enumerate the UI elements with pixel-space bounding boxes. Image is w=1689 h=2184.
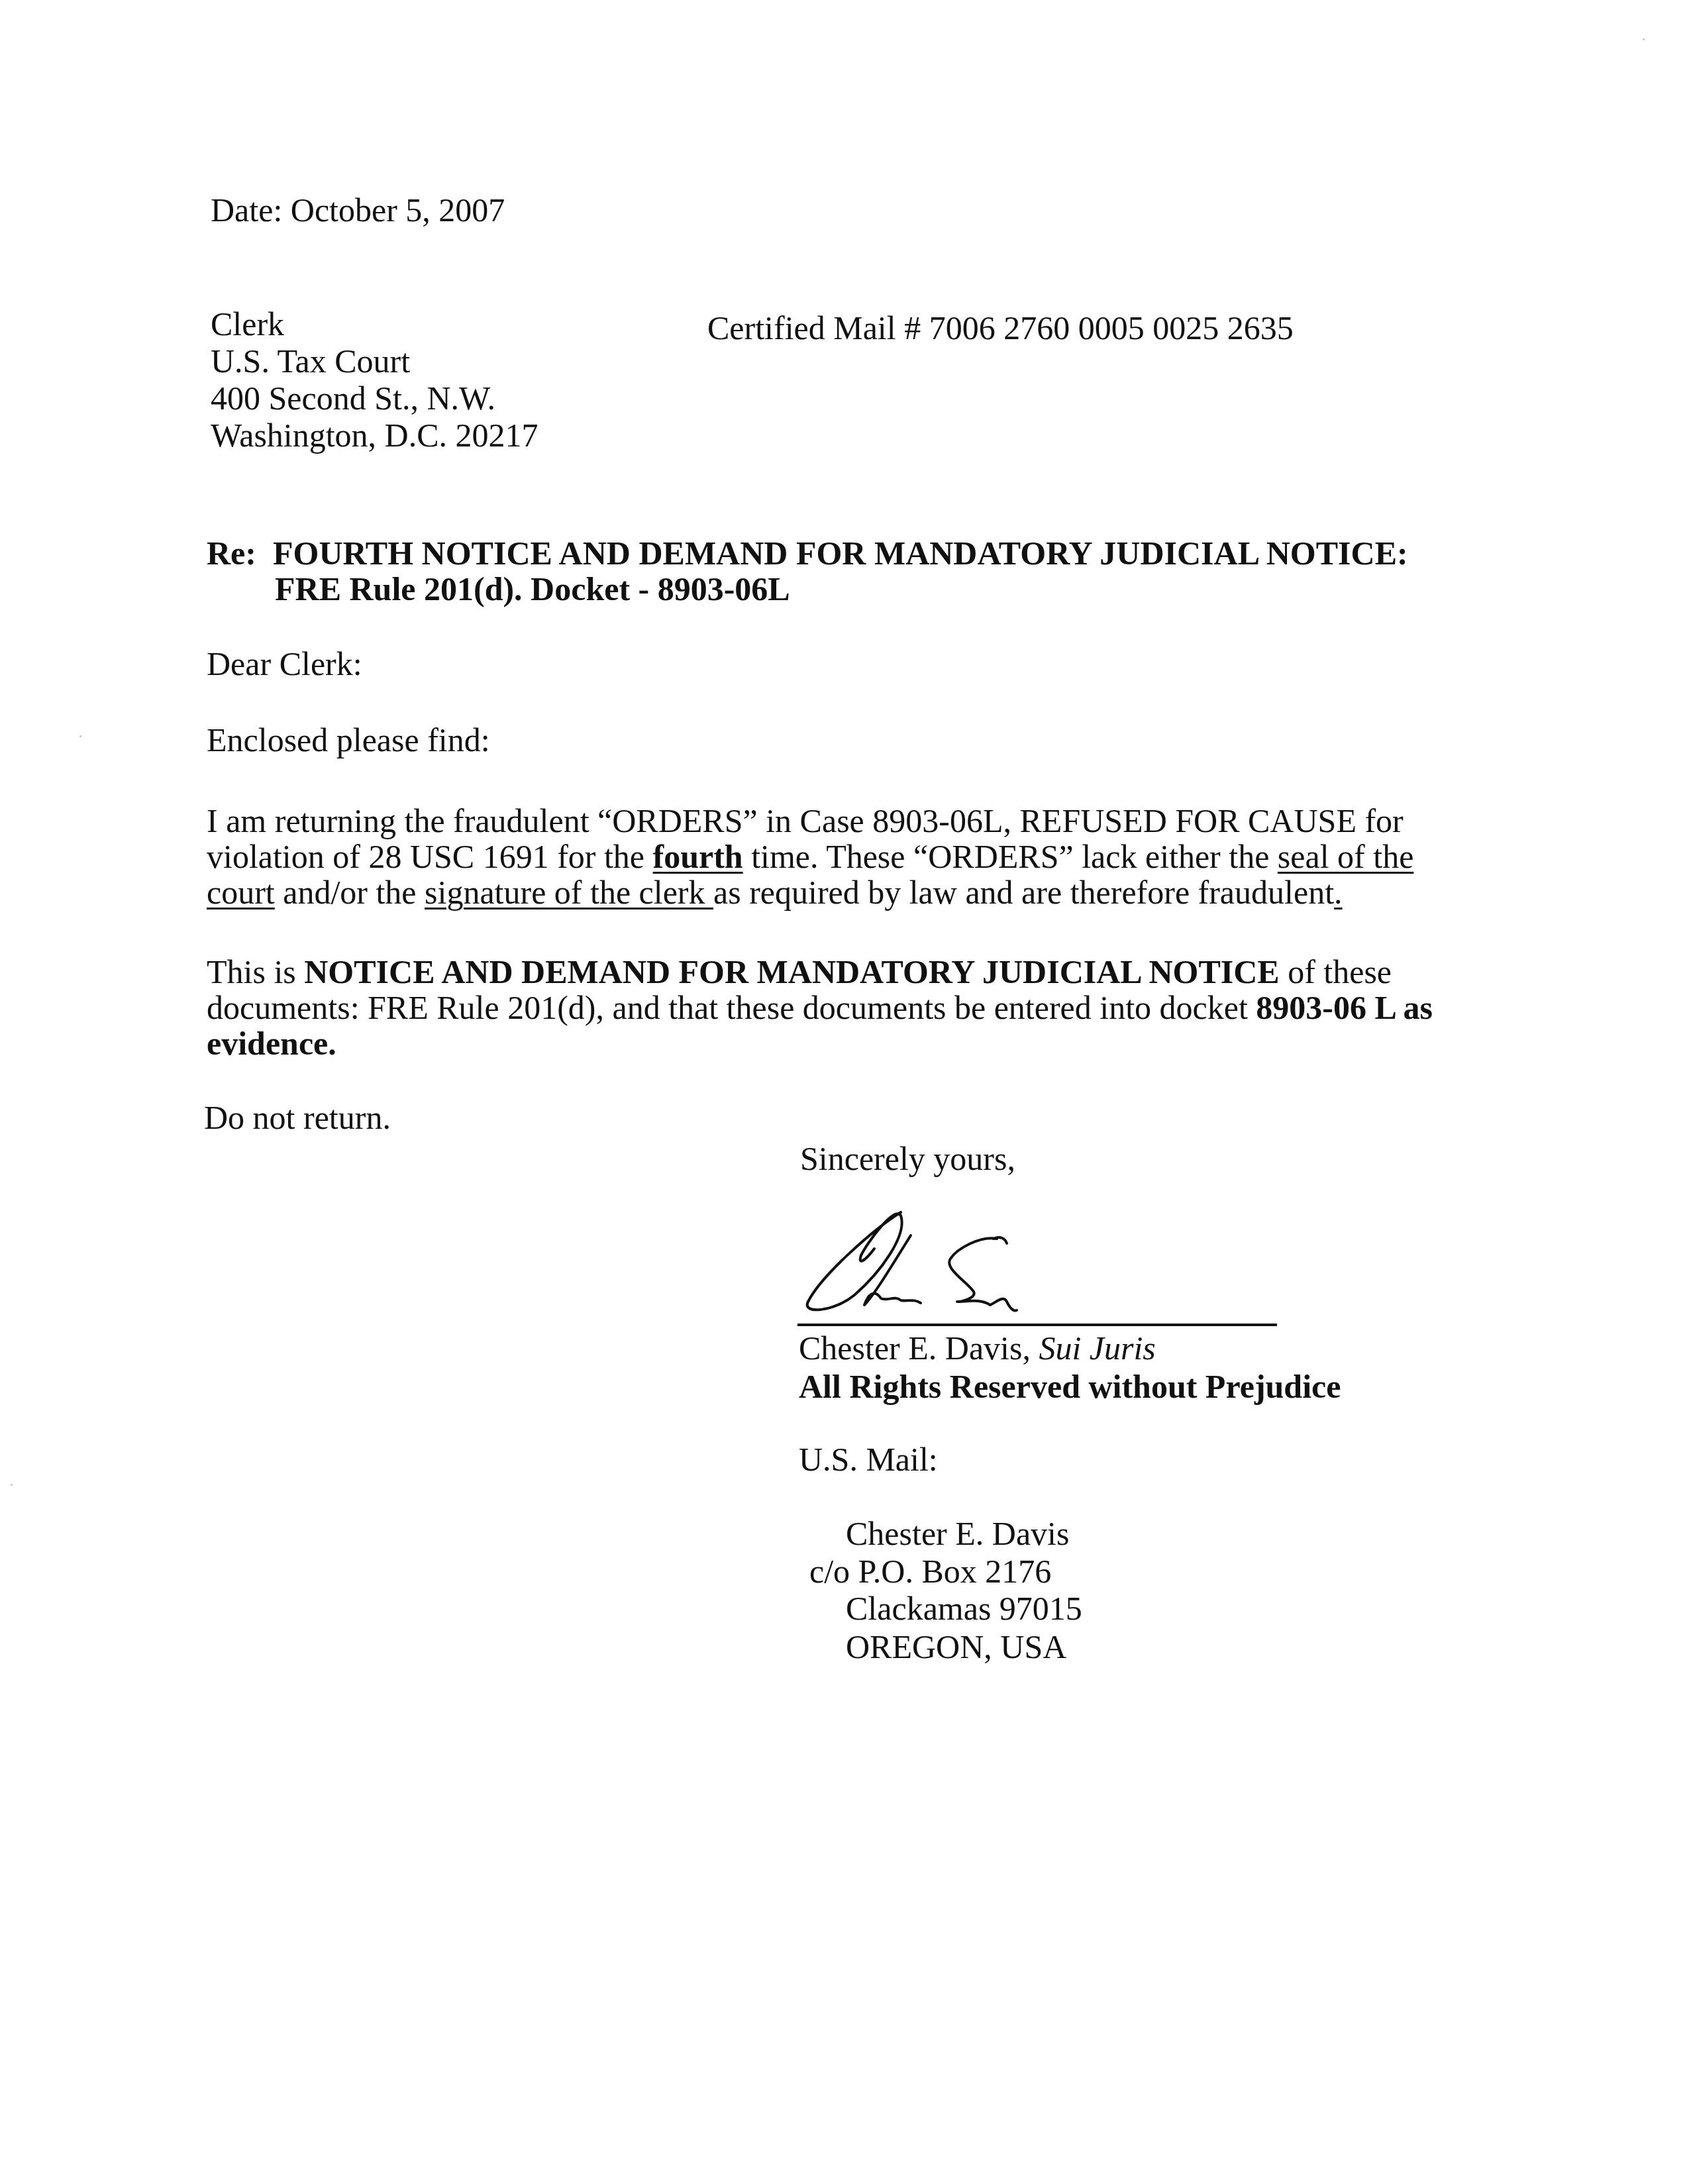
signature-line [797,1324,1277,1326]
text-run: and/or the [275,874,425,911]
text-run: of these [1280,953,1392,990]
scan-speck [11,1484,13,1486]
scan-speck [1643,38,1645,40]
text-run: documents: FRE Rule 201(d), and that the… [207,989,1256,1026]
paragraph-line: court and/or the signature of the clerk … [207,874,1452,910]
text-run: time. These “ORDERS” lack either the [743,838,1278,875]
subject-prefix: Re: [207,535,256,572]
enclosed-text: Enclosed please find: [207,722,490,758]
mail-label: U.S. Mail: [799,1441,938,1477]
closing: Sincerely yours, [800,1141,1015,1176]
recipient-line: Clerk [211,306,284,342]
subject-line-1: Re: FOURTH NOTICE AND DEMAND FOR MANDATO… [207,535,1408,571]
return-address-city: Clackamas 97015 [846,1590,1082,1626]
paragraph-line: documents: FRE Rule 201(d), and that the… [207,990,1452,1025]
underlined-seal: seal of the [1278,838,1413,875]
letter-date: Date: October 5, 2007 [211,192,505,228]
paragraph-line: evidence. [207,1025,1452,1061]
notice-demand-emphasis: NOTICE AND DEMAND FOR MANDATORY JUDICIAL… [304,953,1279,990]
rights-reservation: All Rights Reserved without Prejudice [799,1369,1341,1404]
paragraph-notice-demand: This is NOTICE AND DEMAND FOR MANDATORY … [207,954,1452,1061]
recipient-line: U.S. Tax Court [211,343,410,379]
underlined-court: court [207,874,275,911]
underlined-signature: signature of the clerk [425,874,713,911]
subject-title: FOURTH NOTICE AND DEMAND FOR MANDATORY J… [273,535,1408,572]
recipient-line: Washington, D.C. 20217 [211,417,538,453]
recipient-line: 400 Second St., N.W. [211,380,495,416]
paragraph-line: I am returning the fraudulent “ORDERS” i… [207,803,1452,839]
return-address-box: c/o P.O. Box 2176 [809,1553,1051,1589]
do-not-return: Do not return. [204,1100,391,1135]
scan-speck [79,735,81,737]
salutation: Dear Clerk: [207,646,362,682]
text-run: This is [207,953,304,990]
signer-name-text: Chester E. Davis, [799,1329,1039,1367]
paragraph-line: violation of 28 USC 1691 for the fourth … [207,839,1452,874]
paragraph-returning-orders: I am returning the fraudulent “ORDERS” i… [207,803,1452,910]
paragraph-line: This is NOTICE AND DEMAND FOR MANDATORY … [207,954,1452,990]
text-run: violation of 28 USC 1691 for the [207,838,653,875]
signer-name: Chester E. Davis, Sui Juris [799,1330,1156,1366]
return-address-name: Chester E. Davis [846,1516,1069,1551]
emphasis-fourth: fourth [653,838,743,875]
docket-emphasis: 8903-06 L as [1256,989,1433,1026]
subject-line-2: FRE Rule 201(d). Docket - 8903-06L [275,571,790,607]
signature-image [795,1202,1166,1322]
certified-mail-number: Certified Mail # 7006 2760 0005 0025 263… [707,310,1294,346]
signer-status: Sui Juris [1039,1329,1155,1367]
text-run: as required by law and are therefore fra… [713,874,1334,911]
text-run: . [1334,874,1343,911]
return-address-state: OREGON, USA [846,1629,1066,1665]
